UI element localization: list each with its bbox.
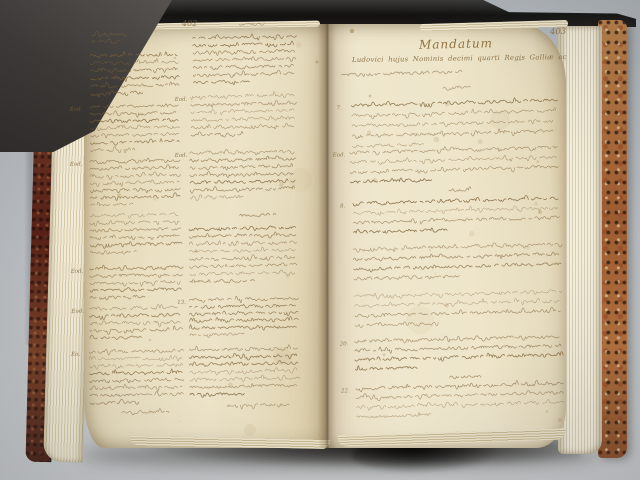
left-page xyxy=(84,24,328,448)
right-page-number: 403 xyxy=(550,27,567,38)
right-cover-marbled-edge xyxy=(598,20,627,458)
entry-heading: Mandatum xyxy=(398,36,514,52)
left-page-number: 402 xyxy=(182,19,197,28)
manuscript-photo-scene: Eod.Eod.Eod.Eod.Eo.Eod.Eod.13.7.Eod.8.20… xyxy=(0,0,640,480)
book-gutter xyxy=(318,24,336,448)
right-page xyxy=(326,24,566,448)
